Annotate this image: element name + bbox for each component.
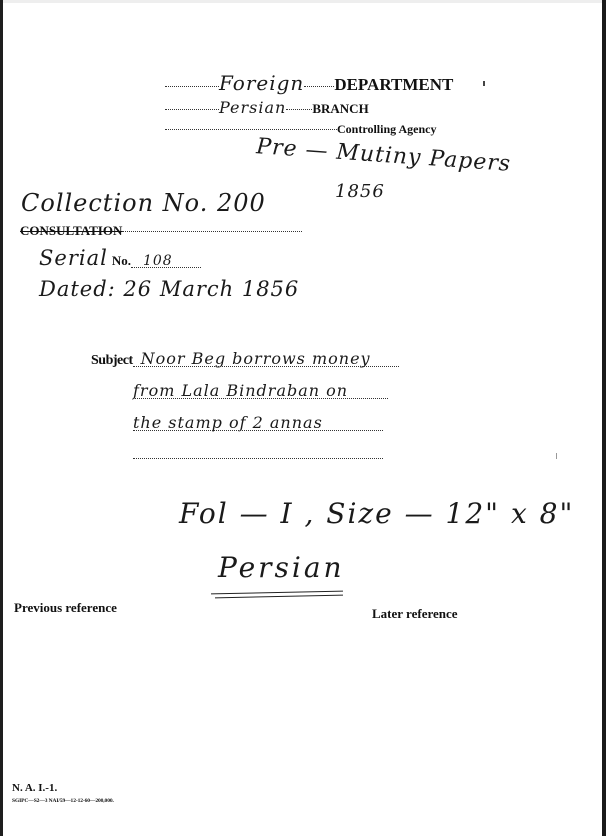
department-value: Foreign	[219, 71, 304, 95]
annotation-year: 1856	[335, 181, 385, 202]
subject-field-line	[133, 445, 383, 461]
print-note: SGIPC—S2—3 NAI/59—12-12-60—200,000.	[12, 798, 114, 804]
dotted-leader	[131, 267, 201, 268]
dotted-leader	[165, 86, 219, 87]
serial-prefix: Serial	[39, 246, 108, 270]
subject-field-line: from Lala Bindraban on	[133, 381, 388, 401]
subject-field-line: Noor Beg borrows money	[133, 349, 399, 369]
branch-line: Persian BRANCH	[165, 98, 369, 117]
subject-line-3: the stamp of 2 annas	[133, 413, 383, 433]
controlling-agency-line: Controlling Agency	[165, 122, 436, 137]
subject-field-line: the stamp of 2 annas	[133, 413, 383, 433]
branch-value: Persian	[219, 98, 286, 117]
stray-mark	[483, 81, 485, 86]
dotted-leader	[133, 430, 383, 431]
annotation-title: Pre — Mutiny Papers	[255, 134, 511, 177]
consultation-label: CONSULTATION	[20, 223, 122, 239]
department-line: Foreign DEPARTMENT	[165, 71, 453, 95]
folio-size-text: Fol — I , Size — 12" x 8"	[179, 497, 574, 530]
subject-line-4	[133, 445, 383, 461]
subject-label: Subject	[91, 353, 133, 369]
subject-line-2: from Lala Bindraban on	[133, 381, 388, 401]
dotted-leader	[133, 366, 399, 367]
department-label: DEPARTMENT	[334, 75, 453, 95]
language-text: Persian	[218, 551, 345, 584]
dotted-leader	[286, 109, 312, 110]
dotted-leader	[165, 109, 219, 110]
controlling-agency-label: Controlling Agency	[337, 122, 436, 137]
serial-label: No.	[112, 253, 131, 269]
dotted-leader	[122, 231, 302, 232]
dotted-leader	[133, 398, 388, 399]
dated-text: Dated: 26 March 1856	[39, 277, 299, 301]
subject-line-1: Subject Noor Beg borrows money	[91, 349, 399, 369]
dotted-leader	[133, 458, 383, 459]
language-underline	[211, 591, 343, 595]
serial-line: Serial No. 108	[39, 246, 201, 270]
page-right-border	[602, 0, 606, 836]
language-underline	[215, 595, 343, 599]
stray-mark	[556, 453, 557, 459]
serial-field: 108	[131, 252, 201, 270]
form-code: N. A. I.-1.	[12, 782, 57, 794]
dotted-leader	[304, 86, 334, 87]
dotted-leader	[165, 129, 337, 130]
document-page: Foreign DEPARTMENT Persian BRANCH Contro…	[3, 3, 602, 836]
collection-note: Collection No. 200	[21, 189, 266, 217]
branch-label: BRANCH	[312, 101, 368, 117]
previous-reference-label: Previous reference	[14, 600, 117, 616]
later-reference-label: Later reference	[372, 606, 458, 622]
consultation-line: CONSULTATION	[20, 223, 302, 239]
